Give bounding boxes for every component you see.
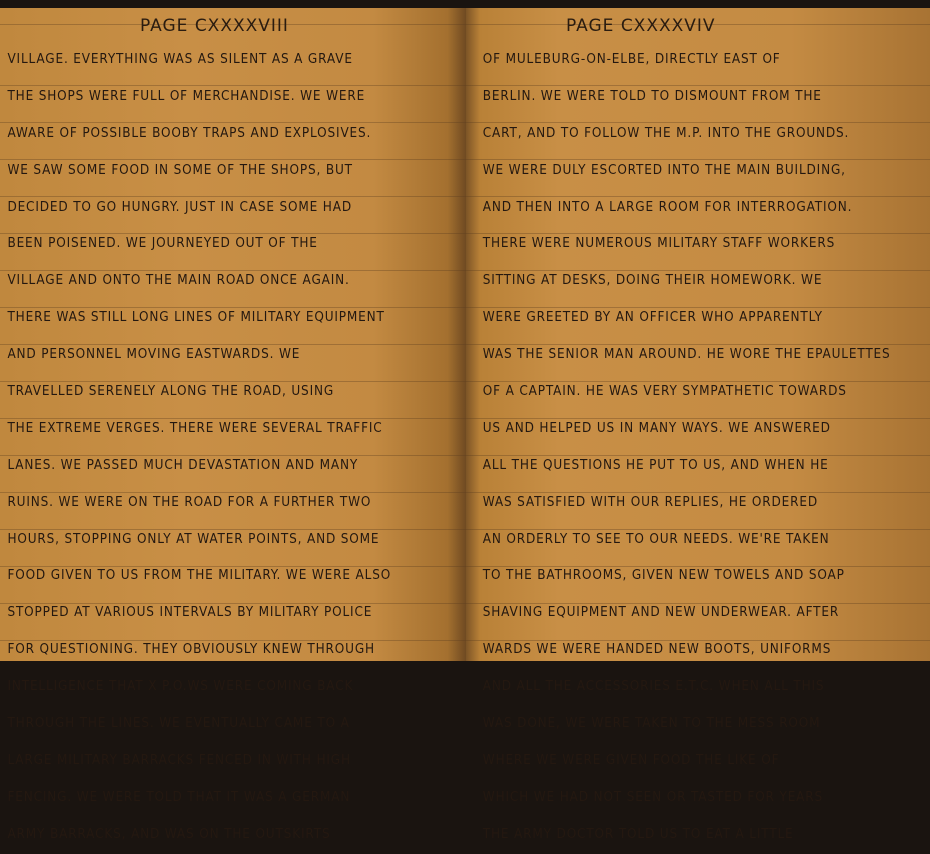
page-title-left: PAGE CXXXXVIII bbox=[140, 16, 289, 36]
handwritten-line: THE SHOPS WERE FULL OF MERCHANDISE. WE W… bbox=[0, 79, 433, 116]
notebook-spread: PAGE CXXXXVIII VILLAGE. EVERYTHING WAS A… bbox=[0, 8, 930, 661]
handwritten-line: WAS SATISFIED WITH OUR REPLIES, HE ORDER… bbox=[466, 485, 898, 522]
handwritten-line: VILLAGE AND ONTO THE MAIN ROAD ONCE AGAI… bbox=[0, 263, 433, 300]
handwritten-line: DECIDED TO GO HUNGRY. JUST IN CASE SOME … bbox=[0, 190, 433, 227]
handwritten-line: WARDS WE WERE HANDED NEW BOOTS, UNIFORMS bbox=[466, 632, 898, 661]
handwritten-line: SITTING AT DESKS, DOING THEIR HOMEWORK. … bbox=[466, 263, 898, 300]
handwritten-line: FOR QUESTIONING. THEY OBVIOUSLY KNEW THR… bbox=[0, 632, 433, 661]
handwritten-line: RUINS. WE WERE ON THE ROAD FOR A FURTHER… bbox=[0, 485, 433, 522]
handwritten-line: FOOD GIVEN TO US FROM THE MILITARY. WE W… bbox=[0, 558, 433, 595]
handwritten-line: OF MULEBURG-ON-ELBE, DIRECTLY EAST OF bbox=[466, 42, 898, 79]
handwritten-line: AWARE OF POSSIBLE BOOBY TRAPS AND EXPLOS… bbox=[0, 116, 433, 153]
handwritten-line: HOURS, STOPPING ONLY AT WATER POINTS, AN… bbox=[0, 522, 433, 559]
page-title-right: PAGE CXXXXVIV bbox=[566, 16, 716, 36]
handwritten-line: THE EXTREME VERGES. THERE WERE SEVERAL T… bbox=[0, 411, 433, 448]
handwritten-line: BERLIN. WE WERE TOLD TO DISMOUNT FROM TH… bbox=[466, 79, 898, 116]
right-page: PAGE CXXXXVIV OF MULEBURG-ON-ELBE, DIREC… bbox=[466, 8, 930, 661]
right-page-lines: OF MULEBURG-ON-ELBE, DIRECTLY EAST OFBER… bbox=[466, 42, 930, 661]
handwritten-line: STOPPED AT VARIOUS INTERVALS BY MILITARY… bbox=[0, 595, 433, 632]
left-page-lines: VILLAGE. EVERYTHING WAS AS SILENT AS A G… bbox=[0, 42, 466, 661]
handwritten-line: THERE WERE NUMEROUS MILITARY STAFF WORKE… bbox=[466, 226, 898, 263]
handwritten-line: AND THEN INTO A LARGE ROOM FOR INTERROGA… bbox=[466, 190, 898, 227]
handwritten-line: US AND HELPED US IN MANY WAYS. WE ANSWER… bbox=[466, 411, 898, 448]
handwritten-line: CART, AND TO FOLLOW THE M.P. INTO THE GR… bbox=[466, 116, 898, 153]
handwritten-line: THERE WAS STILL LONG LINES OF MILITARY E… bbox=[0, 300, 433, 337]
handwritten-line: TO THE BATHROOMS, GIVEN NEW TOWELS AND S… bbox=[466, 558, 898, 595]
handwritten-line: AND PERSONNEL MOVING EASTWARDS. WE bbox=[0, 337, 433, 374]
handwritten-line: VILLAGE. EVERYTHING WAS AS SILENT AS A G… bbox=[0, 42, 433, 79]
handwritten-line: WE WERE DULY ESCORTED INTO THE MAIN BUIL… bbox=[466, 153, 898, 190]
handwritten-line: WAS THE SENIOR MAN AROUND. HE WORE THE E… bbox=[466, 337, 898, 374]
handwritten-line: ALL THE QUESTIONS HE PUT TO US, AND WHEN… bbox=[466, 448, 898, 485]
left-page: PAGE CXXXXVIII VILLAGE. EVERYTHING WAS A… bbox=[0, 8, 466, 661]
handwritten-line: OF A CAPTAIN. HE WAS VERY SYMPATHETIC TO… bbox=[466, 374, 898, 411]
handwritten-line: LANES. WE PASSED MUCH DEVASTATION AND MA… bbox=[0, 448, 433, 485]
handwritten-line: WERE GREETED BY AN OFFICER WHO APPARENTL… bbox=[466, 300, 898, 337]
handwritten-line: SHAVING EQUIPMENT AND NEW UNDERWEAR. AFT… bbox=[466, 595, 898, 632]
handwritten-line: BEEN POISENED. WE JOURNEYED OUT OF THE bbox=[0, 226, 433, 263]
handwritten-line: TRAVELLED SERENELY ALONG THE ROAD, USING bbox=[0, 374, 433, 411]
handwritten-line: AN ORDERLY TO SEE TO OUR NEEDS. WE'RE TA… bbox=[466, 522, 898, 559]
handwritten-line: WE SAW SOME FOOD IN SOME OF THE SHOPS, B… bbox=[0, 153, 433, 190]
